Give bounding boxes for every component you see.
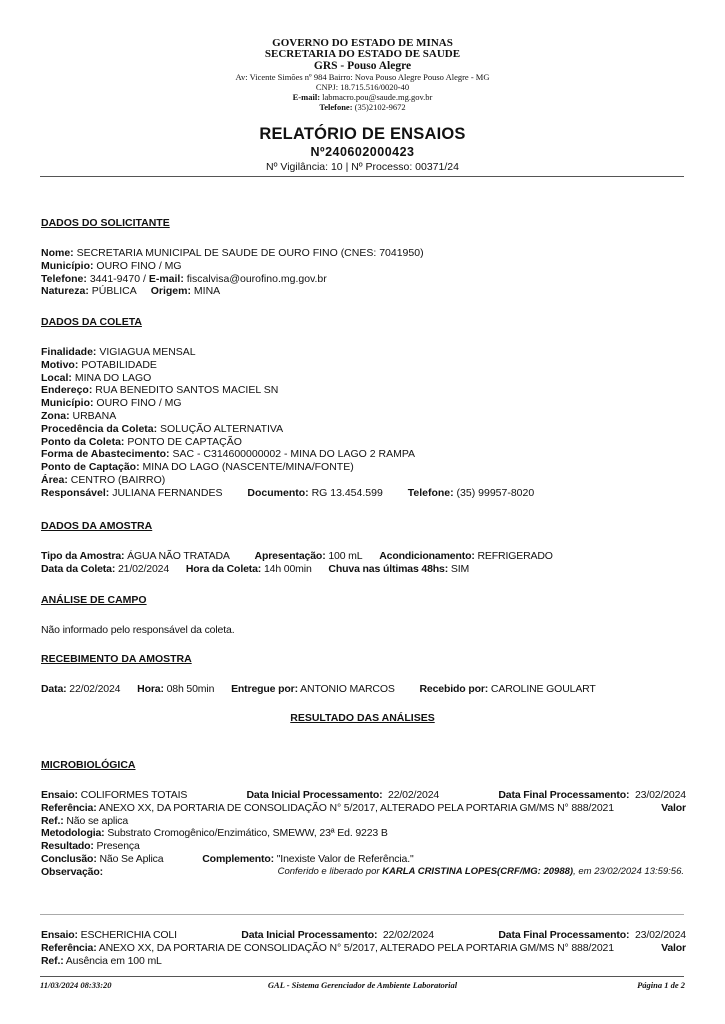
coleta-responsavel-row: Responsável: JULIANA FERNANDES Documento… bbox=[41, 487, 686, 500]
coleta-block: Finalidade: VIGIAGUA MENSAL Motivo: POTA… bbox=[41, 346, 686, 500]
label: Valor bbox=[661, 942, 686, 955]
signature-name: KARLA CRISTINA LOPES(CRF/MG: 20988) bbox=[382, 866, 573, 877]
institution-address: Av: Vicente Simões nº 984 Bairro: Nova P… bbox=[0, 72, 725, 82]
campo-text: Não informado pelo responsável da coleta… bbox=[41, 624, 686, 637]
label: Endereço: bbox=[41, 384, 92, 396]
release-signature: Conferido e liberado por KARLA CRISTINA … bbox=[278, 866, 684, 878]
title-divider bbox=[40, 176, 684, 177]
ensaio-valor-ref: Não se aplica bbox=[66, 815, 128, 827]
value: URBANA bbox=[73, 410, 117, 422]
report-subtitle: Nº Vigilância: 10 | Nº Processo: 00371/2… bbox=[0, 160, 725, 174]
amostra-apresentacao: 100 mL bbox=[328, 550, 362, 562]
ensaio-resultado: Presença bbox=[97, 840, 140, 852]
email-label: E-mail: bbox=[293, 92, 320, 102]
label: Valor bbox=[661, 802, 686, 815]
coleta-field: Ponto da Coleta: PONTO DE CAPTAÇÃO bbox=[41, 436, 686, 449]
ensaio-name: COLIFORMES TOTAIS bbox=[81, 789, 188, 801]
solicitante-nome: SECRETARIA MUNICIPAL DE SAUDE DE OURO FI… bbox=[77, 247, 424, 259]
label: Hora: bbox=[137, 683, 164, 695]
section-title-campo: ANÁLISE DE CAMPO bbox=[41, 594, 147, 607]
value: OURO FINO / MG bbox=[96, 397, 181, 409]
coleta-field: Endereço: RUA BENEDITO SANTOS MACIEL SN bbox=[41, 384, 686, 397]
regional-name: GRS - Pouso Alegre bbox=[0, 60, 725, 72]
recebimento-block: Data: 22/02/2024 Hora: 08h 50min Entregu… bbox=[41, 683, 686, 696]
label: Entregue por: bbox=[231, 683, 298, 695]
email-value: labmacro.pou@saude.mg.gov.br bbox=[322, 92, 432, 102]
coleta-field: Ponto de Captação: MINA DO LAGO (NASCENT… bbox=[41, 461, 686, 474]
label: Data: bbox=[41, 683, 67, 695]
coleta-field: Procedência da Coleta: SOLUÇÃO ALTERNATI… bbox=[41, 423, 686, 436]
coleta-responsavel: JULIANA FERNANDES bbox=[112, 487, 222, 499]
amostra-data: 21/02/2024 bbox=[118, 563, 169, 575]
label: Município: bbox=[41, 397, 94, 409]
value: RUA BENEDITO SANTOS MACIEL SN bbox=[95, 384, 278, 396]
amostra-chuva: SIM bbox=[451, 563, 469, 575]
label: Data da Coleta: bbox=[41, 563, 115, 575]
label: E-mail: bbox=[149, 273, 184, 285]
label: Finalidade: bbox=[41, 346, 96, 358]
footer-divider bbox=[40, 976, 684, 977]
label: Metodologia: bbox=[41, 827, 105, 839]
phone-value: (35)2102-9672 bbox=[355, 102, 406, 112]
ensaio-name: ESCHERICHIA COLI bbox=[81, 929, 177, 941]
value: MINA DO LAGO (NASCENTE/MINA/FONTE) bbox=[143, 461, 354, 473]
recebimento-recebido: CAROLINE GOULART bbox=[491, 683, 596, 695]
solicitante-origem: MINA bbox=[194, 285, 220, 297]
report-title-block: RELATÓRIO DE ENSAIOS Nº240602000423 Nº V… bbox=[0, 125, 725, 174]
label: Recebido por: bbox=[420, 683, 489, 695]
signature-prefix: Conferido e liberado por bbox=[278, 866, 383, 877]
ensaio-divider bbox=[40, 914, 684, 915]
amostra-acondicionamento: REFRIGERADO bbox=[477, 550, 552, 562]
label: Conclusão: bbox=[41, 853, 97, 865]
label: Origem: bbox=[151, 285, 191, 297]
value: SAC - C314600000002 - MINA DO LAGO 2 RAM… bbox=[172, 448, 415, 460]
ensaio-complemento: "Inexiste Valor de Referência." bbox=[277, 853, 414, 865]
solicitante-natureza: PÚBLICA bbox=[92, 285, 137, 297]
ensaio-data-inicial: 22/02/2024 bbox=[383, 929, 434, 941]
label: Município: bbox=[41, 260, 94, 272]
institution-cnpj: CNPJ: 18.715.516/0020-40 bbox=[0, 82, 725, 92]
label: Natureza: bbox=[41, 285, 89, 297]
institution-email: E-mail: labmacro.pou@saude.mg.gov.br bbox=[0, 92, 725, 102]
ensaio-data-inicial: 22/02/2024 bbox=[388, 789, 439, 801]
coleta-field: Finalidade: VIGIAGUA MENSAL bbox=[41, 346, 686, 359]
value: PONTO DE CAPTAÇÃO bbox=[127, 436, 242, 448]
value: POTABILIDADE bbox=[81, 359, 157, 371]
label: Local: bbox=[41, 372, 72, 384]
amostra-block: Tipo da Amostra: ÁGUA NÃO TRATADA Aprese… bbox=[41, 550, 686, 576]
coleta-field: Município: OURO FINO / MG bbox=[41, 397, 686, 410]
coleta-documento: RG 13.454.599 bbox=[312, 487, 383, 499]
coleta-telefone: (35) 99957-8020 bbox=[457, 487, 535, 499]
ensaio-referencia: ANEXO XX, DA PORTARIA DE CONSOLIDAÇÃO N°… bbox=[99, 802, 614, 814]
label: Motivo: bbox=[41, 359, 78, 371]
section-title-amostra: DADOS DA AMOSTRA bbox=[41, 520, 152, 533]
label: Hora da Coleta: bbox=[186, 563, 261, 575]
ensaio-data-final: 23/02/2024 bbox=[635, 789, 686, 801]
signature-suffix: , em 23/02/2024 13:59:56. bbox=[573, 866, 684, 877]
footer-system: GAL - Sistema Gerenciador de Ambiente La… bbox=[40, 980, 685, 991]
ensaio-valor-ref: Ausência em 100 mL bbox=[66, 955, 162, 967]
coleta-field: Área: CENTRO (BAIRRO) bbox=[41, 474, 686, 487]
label: Chuva nas últimas 48hs: bbox=[328, 563, 448, 575]
phone-label: Telefone: bbox=[319, 102, 352, 112]
label: Telefone: bbox=[408, 487, 454, 499]
institution-header: GOVERNO DO ESTADO DE MINAS SECRETARIA DO… bbox=[0, 38, 725, 112]
amostra-tipo: ÁGUA NÃO TRATADA bbox=[127, 550, 230, 562]
solicitante-email: fiscalvisa@ourofino.mg.gov.br bbox=[187, 273, 327, 285]
ensaio-referencia: ANEXO XX, DA PORTARIA DE CONSOLIDAÇÃO N°… bbox=[99, 942, 614, 954]
section-title-resultado: RESULTADO DAS ANÁLISES bbox=[0, 712, 725, 725]
solicitante-block: Nome: SECRETARIA MUNICIPAL DE SAUDE DE O… bbox=[41, 247, 686, 298]
label: Ensaio: bbox=[41, 929, 78, 941]
institution-phone: Telefone: (35)2102-9672 bbox=[0, 102, 725, 112]
secretariat-name: SECRETARIA DO ESTADO DE SAUDE bbox=[0, 49, 725, 60]
value: MINA DO LAGO bbox=[75, 372, 151, 384]
label: Observação: bbox=[41, 866, 103, 878]
ensaio-conclusao: Não Se Aplica bbox=[99, 853, 163, 865]
label: Complemento: bbox=[202, 853, 274, 865]
label: Área: bbox=[41, 474, 68, 486]
label: Forma de Abastecimento: bbox=[41, 448, 170, 460]
label: Telefone: bbox=[41, 273, 87, 285]
label: Referência: bbox=[41, 802, 97, 814]
label: Apresentação: bbox=[255, 550, 326, 562]
label: Resultado: bbox=[41, 840, 94, 852]
label: Ensaio: bbox=[41, 789, 78, 801]
label: Zona: bbox=[41, 410, 70, 422]
solicitante-telefone: 3441-9470 / bbox=[90, 273, 146, 285]
label: Ref.: bbox=[41, 815, 64, 827]
ensaio-block: Ensaio: ESCHERICHIA COLI Data Inicial Pr… bbox=[41, 929, 686, 967]
solicitante-municipio: OURO FINO / MG bbox=[96, 260, 181, 272]
value: SOLUÇÃO ALTERNATIVA bbox=[160, 423, 283, 435]
footer-page-number: Página 1 de 2 bbox=[637, 980, 685, 991]
ensaio-metodologia: Substrato Cromogênico/Enzimático, SMEWW,… bbox=[107, 827, 387, 839]
section-title-solicitante: DADOS DO SOLICITANTE bbox=[41, 217, 170, 230]
label: Tipo da Amostra: bbox=[41, 550, 124, 562]
recebimento-hora: 08h 50min bbox=[167, 683, 215, 695]
label: Referência: bbox=[41, 942, 97, 954]
recebimento-entregue: ANTONIO MARCOS bbox=[300, 683, 395, 695]
coleta-field: Local: MINA DO LAGO bbox=[41, 372, 686, 385]
label: Ref.: bbox=[41, 955, 64, 967]
recebimento-data: 22/02/2024 bbox=[69, 683, 120, 695]
label: Nome: bbox=[41, 247, 74, 259]
category-title: MICROBIOLÓGICA bbox=[41, 759, 136, 772]
label: Data Final Processamento: bbox=[498, 929, 629, 941]
label: Documento: bbox=[247, 487, 308, 499]
coleta-field: Forma de Abastecimento: SAC - C314600000… bbox=[41, 448, 686, 461]
label: Ponto da Coleta: bbox=[41, 436, 124, 448]
value: CENTRO (BAIRRO) bbox=[71, 474, 166, 486]
report-title: RELATÓRIO DE ENSAIOS bbox=[0, 125, 725, 144]
section-title-recebimento: RECEBIMENTO DA AMOSTRA bbox=[41, 653, 192, 666]
label: Ponto de Captação: bbox=[41, 461, 140, 473]
label: Acondicionamento: bbox=[379, 550, 474, 562]
amostra-hora: 14h 00min bbox=[264, 563, 312, 575]
value: VIGIAGUA MENSAL bbox=[99, 346, 195, 358]
label: Data Final Processamento: bbox=[498, 789, 629, 801]
ensaio-data-final: 23/02/2024 bbox=[635, 929, 686, 941]
coleta-field: Motivo: POTABILIDADE bbox=[41, 359, 686, 372]
label: Data Inicial Processamento: bbox=[241, 929, 377, 941]
label: Responsável: bbox=[41, 487, 109, 499]
label: Data Inicial Processamento: bbox=[246, 789, 382, 801]
label: Procedência da Coleta: bbox=[41, 423, 157, 435]
coleta-field: Zona: URBANA bbox=[41, 410, 686, 423]
section-title-coleta: DADOS DA COLETA bbox=[41, 316, 142, 329]
report-number: Nº240602000423 bbox=[0, 144, 725, 160]
